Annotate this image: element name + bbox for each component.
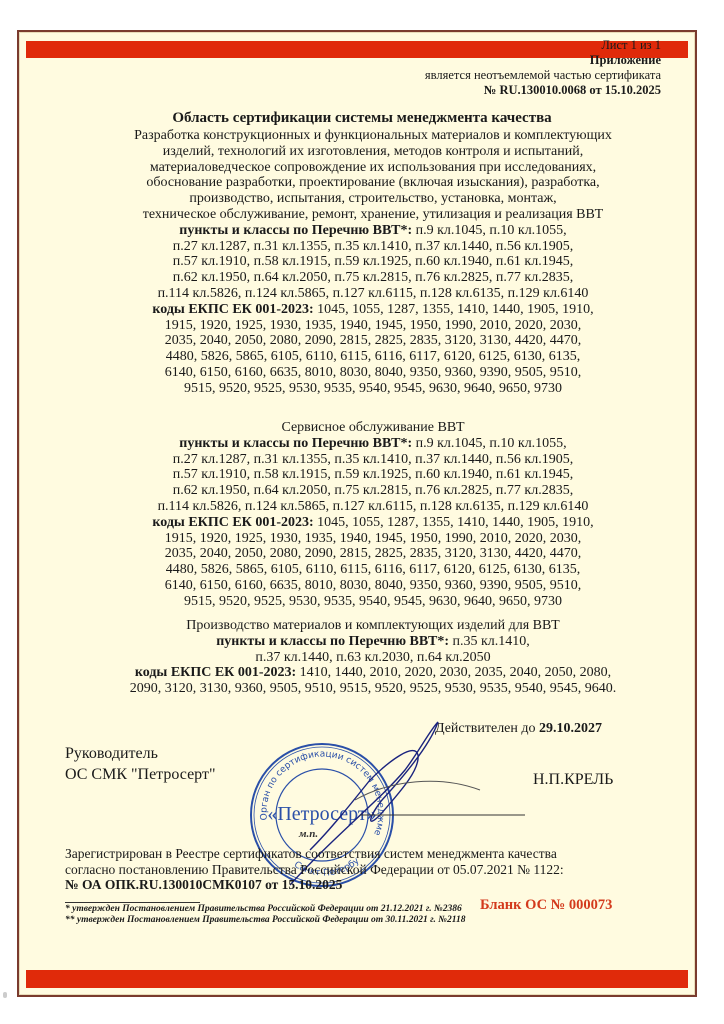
ekps-codes-values: 1915, 1920, 1925, 1930, 1935, 1940, 1945… xyxy=(165,318,582,333)
ekps-codes-line: 1915, 1920, 1925, 1930, 1935, 1940, 1945… xyxy=(62,531,684,547)
ekps-codes-label: коды ЕКПС ЕК 001-2023: xyxy=(135,665,296,680)
scope-description-line: техническое обслуживание, ремонт, хранен… xyxy=(62,207,684,223)
vvt-items-values: п.27 кл.1287, п.31 кл.1355, п.35 кл.1410… xyxy=(173,452,573,467)
ekps-codes-line: 2090, 3120, 3130, 9360, 9505, 9510, 9515… xyxy=(62,681,684,697)
signatory-position: Руководитель xyxy=(65,743,215,764)
vvt-items-line: пункты и классы по Перечню ВВТ*: п.9 кл.… xyxy=(62,436,684,452)
blank-number: Бланк ОС № 000073 xyxy=(480,897,612,914)
vvt-items-values: п.62 кл.1950, п.64 кл.2050, п.75 кл.2815… xyxy=(173,270,573,285)
vvt-items-line: п.62 кл.1950, п.64 кл.2050, п.75 кл.2815… xyxy=(62,483,684,499)
registry-line-1: Зарегистрирован в Реестре сертификатов с… xyxy=(65,846,564,862)
ekps-codes-line: 2035, 2040, 2050, 2080, 2090, 2815, 2825… xyxy=(62,546,684,562)
scope-description-line: материаловедческое сопровождение их испо… xyxy=(62,160,684,176)
vvt-items-line: п.57 кл.1910, п.58 кл.1915, п.59 кл.1925… xyxy=(62,254,684,270)
ekps-codes-values: 9515, 9520, 9525, 9530, 9535, 9540, 9545… xyxy=(184,594,562,609)
ekps-codes-values: 1045, 1055, 1287, 1355, 1410, 1440, 1905… xyxy=(314,302,594,317)
sheet-number: Лист 1 из 1 xyxy=(425,38,661,53)
footnote-2: ** утвержден Постановлением Правительств… xyxy=(65,915,465,926)
vvt-items-label: пункты и классы по Перечню ВВТ*: xyxy=(216,634,449,649)
signatory-title: Руководитель ОС СМК "Петросерт" xyxy=(65,743,215,785)
scope-description-line: производство, испытания, строительство, … xyxy=(62,191,684,207)
ekps-codes-values: 1915, 1920, 1925, 1930, 1935, 1940, 1945… xyxy=(165,531,582,546)
vvt-items-values: п.9 кл.1045, п.10 кл.1055, xyxy=(412,436,567,451)
vvt-items-values: п.27 кл.1287, п.31 кл.1355, п.35 кл.1410… xyxy=(173,239,573,254)
vvt-items-line: п.114 кл.5826, п.124 кл.5865, п.127 кл.6… xyxy=(62,286,684,302)
vvt-items-label: пункты и классы по Перечню ВВТ*: xyxy=(179,436,412,451)
registry-line-2: согласно постановлению Правительства Рос… xyxy=(65,862,564,878)
vvt-items-line: п.114 кл.5826, п.124 кл.5865, п.127 кл.6… xyxy=(62,499,684,515)
vvt-items-values: п.37 кл.1440, п.63 кл.2030, п.64 кл.2050 xyxy=(255,650,490,665)
vvt-items-values: п.114 кл.5826, п.124 кл.5865, п.127 кл.6… xyxy=(158,286,589,301)
vvt-items-values: п.57 кл.1910, п.58 кл.1915, п.59 кл.1925… xyxy=(173,254,573,269)
scope-section-development: Разработка конструкционных и функциональ… xyxy=(62,128,684,397)
document-title: Область сертификации системы менеджмента… xyxy=(0,110,724,127)
ekps-codes-values: 2035, 2040, 2050, 2080, 2090, 2815, 2825… xyxy=(165,333,582,348)
vvt-items-line: пункты и классы по Перечню ВВТ*: п.35 кл… xyxy=(62,634,684,650)
scope-description-line: изделий, технологий их изготовления, мет… xyxy=(62,144,684,160)
ekps-codes-values: 4480, 5826, 5865, 6105, 6110, 6115, 6116… xyxy=(166,562,580,577)
scope-description-line: обоснование разработки, проектирование (… xyxy=(62,175,684,191)
ekps-codes-line: 4480, 5826, 5865, 6105, 6110, 6115, 6116… xyxy=(62,562,684,578)
ekps-codes-label: коды ЕКПС ЕК 001-2023: xyxy=(152,515,313,530)
ekps-codes-line: 6140, 6150, 6160, 6635, 8010, 8030, 8040… xyxy=(62,578,684,594)
scope-description-line: Производство материалов и комплектующих … xyxy=(62,618,684,634)
ekps-codes-line: 9515, 9520, 9525, 9530, 9535, 9540, 9545… xyxy=(62,381,684,397)
ekps-codes-line: 4480, 5826, 5865, 6105, 6110, 6115, 6116… xyxy=(62,349,684,365)
vvt-items-line: пункты и классы по Перечню ВВТ*: п.9 кл.… xyxy=(62,223,684,239)
ekps-codes-line: коды ЕКПС ЕК 001-2023: 1410, 1440, 2010,… xyxy=(62,665,684,681)
footnote-1: * утвержден Постановлением Правительства… xyxy=(65,904,465,915)
ekps-codes-values: 6140, 6150, 6160, 6635, 8010, 8030, 8040… xyxy=(165,365,582,380)
scope-description-line: Сервисное обслуживание ВВТ xyxy=(62,420,684,436)
vvt-items-values: п.114 кл.5826, п.124 кл.5865, п.127 кл.6… xyxy=(158,499,589,514)
vvt-items-line: п.27 кл.1287, п.31 кл.1355, п.35 кл.1410… xyxy=(62,452,684,468)
scope-description-line: Разработка конструкционных и функциональ… xyxy=(62,128,684,144)
bottom-red-band xyxy=(26,970,688,988)
registry-number: № ОА ОПК.RU.130010СМК0107 от 15.10.2025 xyxy=(65,877,564,893)
ekps-codes-line: 9515, 9520, 9525, 9530, 9535, 9540, 9545… xyxy=(62,594,684,610)
ekps-codes-values: 2035, 2040, 2050, 2080, 2090, 2815, 2825… xyxy=(165,546,582,561)
vvt-items-values: п.62 кл.1950, п.64 кл.2050, п.75 кл.2815… xyxy=(173,483,573,498)
scope-section-service: Сервисное обслуживание ВВТпункты и класс… xyxy=(62,420,684,610)
ekps-codes-line: 2035, 2040, 2050, 2080, 2090, 2815, 2825… xyxy=(62,333,684,349)
ekps-codes-values: 1045, 1055, 1287, 1355, 1410, 1440, 1905… xyxy=(314,515,594,530)
vvt-items-values: п.57 кл.1910, п.58 кл.1915, п.59 кл.1925… xyxy=(173,467,573,482)
ekps-codes-line: 1915, 1920, 1925, 1930, 1935, 1940, 1945… xyxy=(62,318,684,334)
vvt-items-values: п.35 кл.1410, xyxy=(449,634,530,649)
registry-info: Зарегистрирован в Реестре сертификатов с… xyxy=(65,846,564,893)
ekps-codes-line: коды ЕКПС ЕК 001-2023: 1045, 1055, 1287,… xyxy=(62,302,684,318)
scope-section-production: Производство материалов и комплектующих … xyxy=(62,618,684,697)
ekps-codes-values: 9515, 9520, 9525, 9530, 9535, 9540, 9545… xyxy=(184,381,562,396)
vvt-items-line: п.37 кл.1440, п.63 кл.2030, п.64 кл.2050 xyxy=(62,650,684,666)
ekps-codes-line: коды ЕКПС ЕК 001-2023: 1045, 1055, 1287,… xyxy=(62,515,684,531)
ekps-codes-values: 2090, 3120, 3130, 9360, 9505, 9510, 9515… xyxy=(130,681,617,696)
footnotes: * утвержден Постановлением Правительства… xyxy=(65,904,465,926)
certificate-number: № RU.130010.0068 от 15.10.2025 xyxy=(425,83,661,98)
ekps-codes-label: коды ЕКПС ЕК 001-2023: xyxy=(152,302,313,317)
scan-speck xyxy=(3,992,7,998)
appendix-label: Приложение xyxy=(425,53,661,68)
vvt-items-label: пункты и классы по Перечню ВВТ*: xyxy=(179,223,412,238)
signatory-organization: ОС СМК "Петросерт" xyxy=(65,764,215,785)
sheet-info: Лист 1 из 1 Приложение является неотъемл… xyxy=(425,38,661,98)
signatory-name: Н.П.КРЕЛЬ xyxy=(533,771,613,789)
vvt-items-line: п.27 кл.1287, п.31 кл.1355, п.35 кл.1410… xyxy=(62,239,684,255)
validity-date: 29.10.2027 xyxy=(539,721,602,736)
ekps-codes-line: 6140, 6150, 6160, 6635, 8010, 8030, 8040… xyxy=(62,365,684,381)
vvt-items-line: п.62 кл.1950, п.64 кл.2050, п.75 кл.2815… xyxy=(62,270,684,286)
vvt-items-values: п.9 кл.1045, п.10 кл.1055, xyxy=(412,223,567,238)
ekps-codes-values: 4480, 5826, 5865, 6105, 6110, 6115, 6116… xyxy=(166,349,580,364)
appendix-note: является неотъемлемой частью сертификата xyxy=(425,68,661,83)
ekps-codes-values: 6140, 6150, 6160, 6635, 8010, 8030, 8040… xyxy=(165,578,582,593)
ekps-codes-values: 1410, 1440, 2010, 2020, 2030, 2035, 2040… xyxy=(296,665,611,680)
vvt-items-line: п.57 кл.1910, п.58 кл.1915, п.59 кл.1925… xyxy=(62,467,684,483)
footnote-divider xyxy=(65,902,200,903)
